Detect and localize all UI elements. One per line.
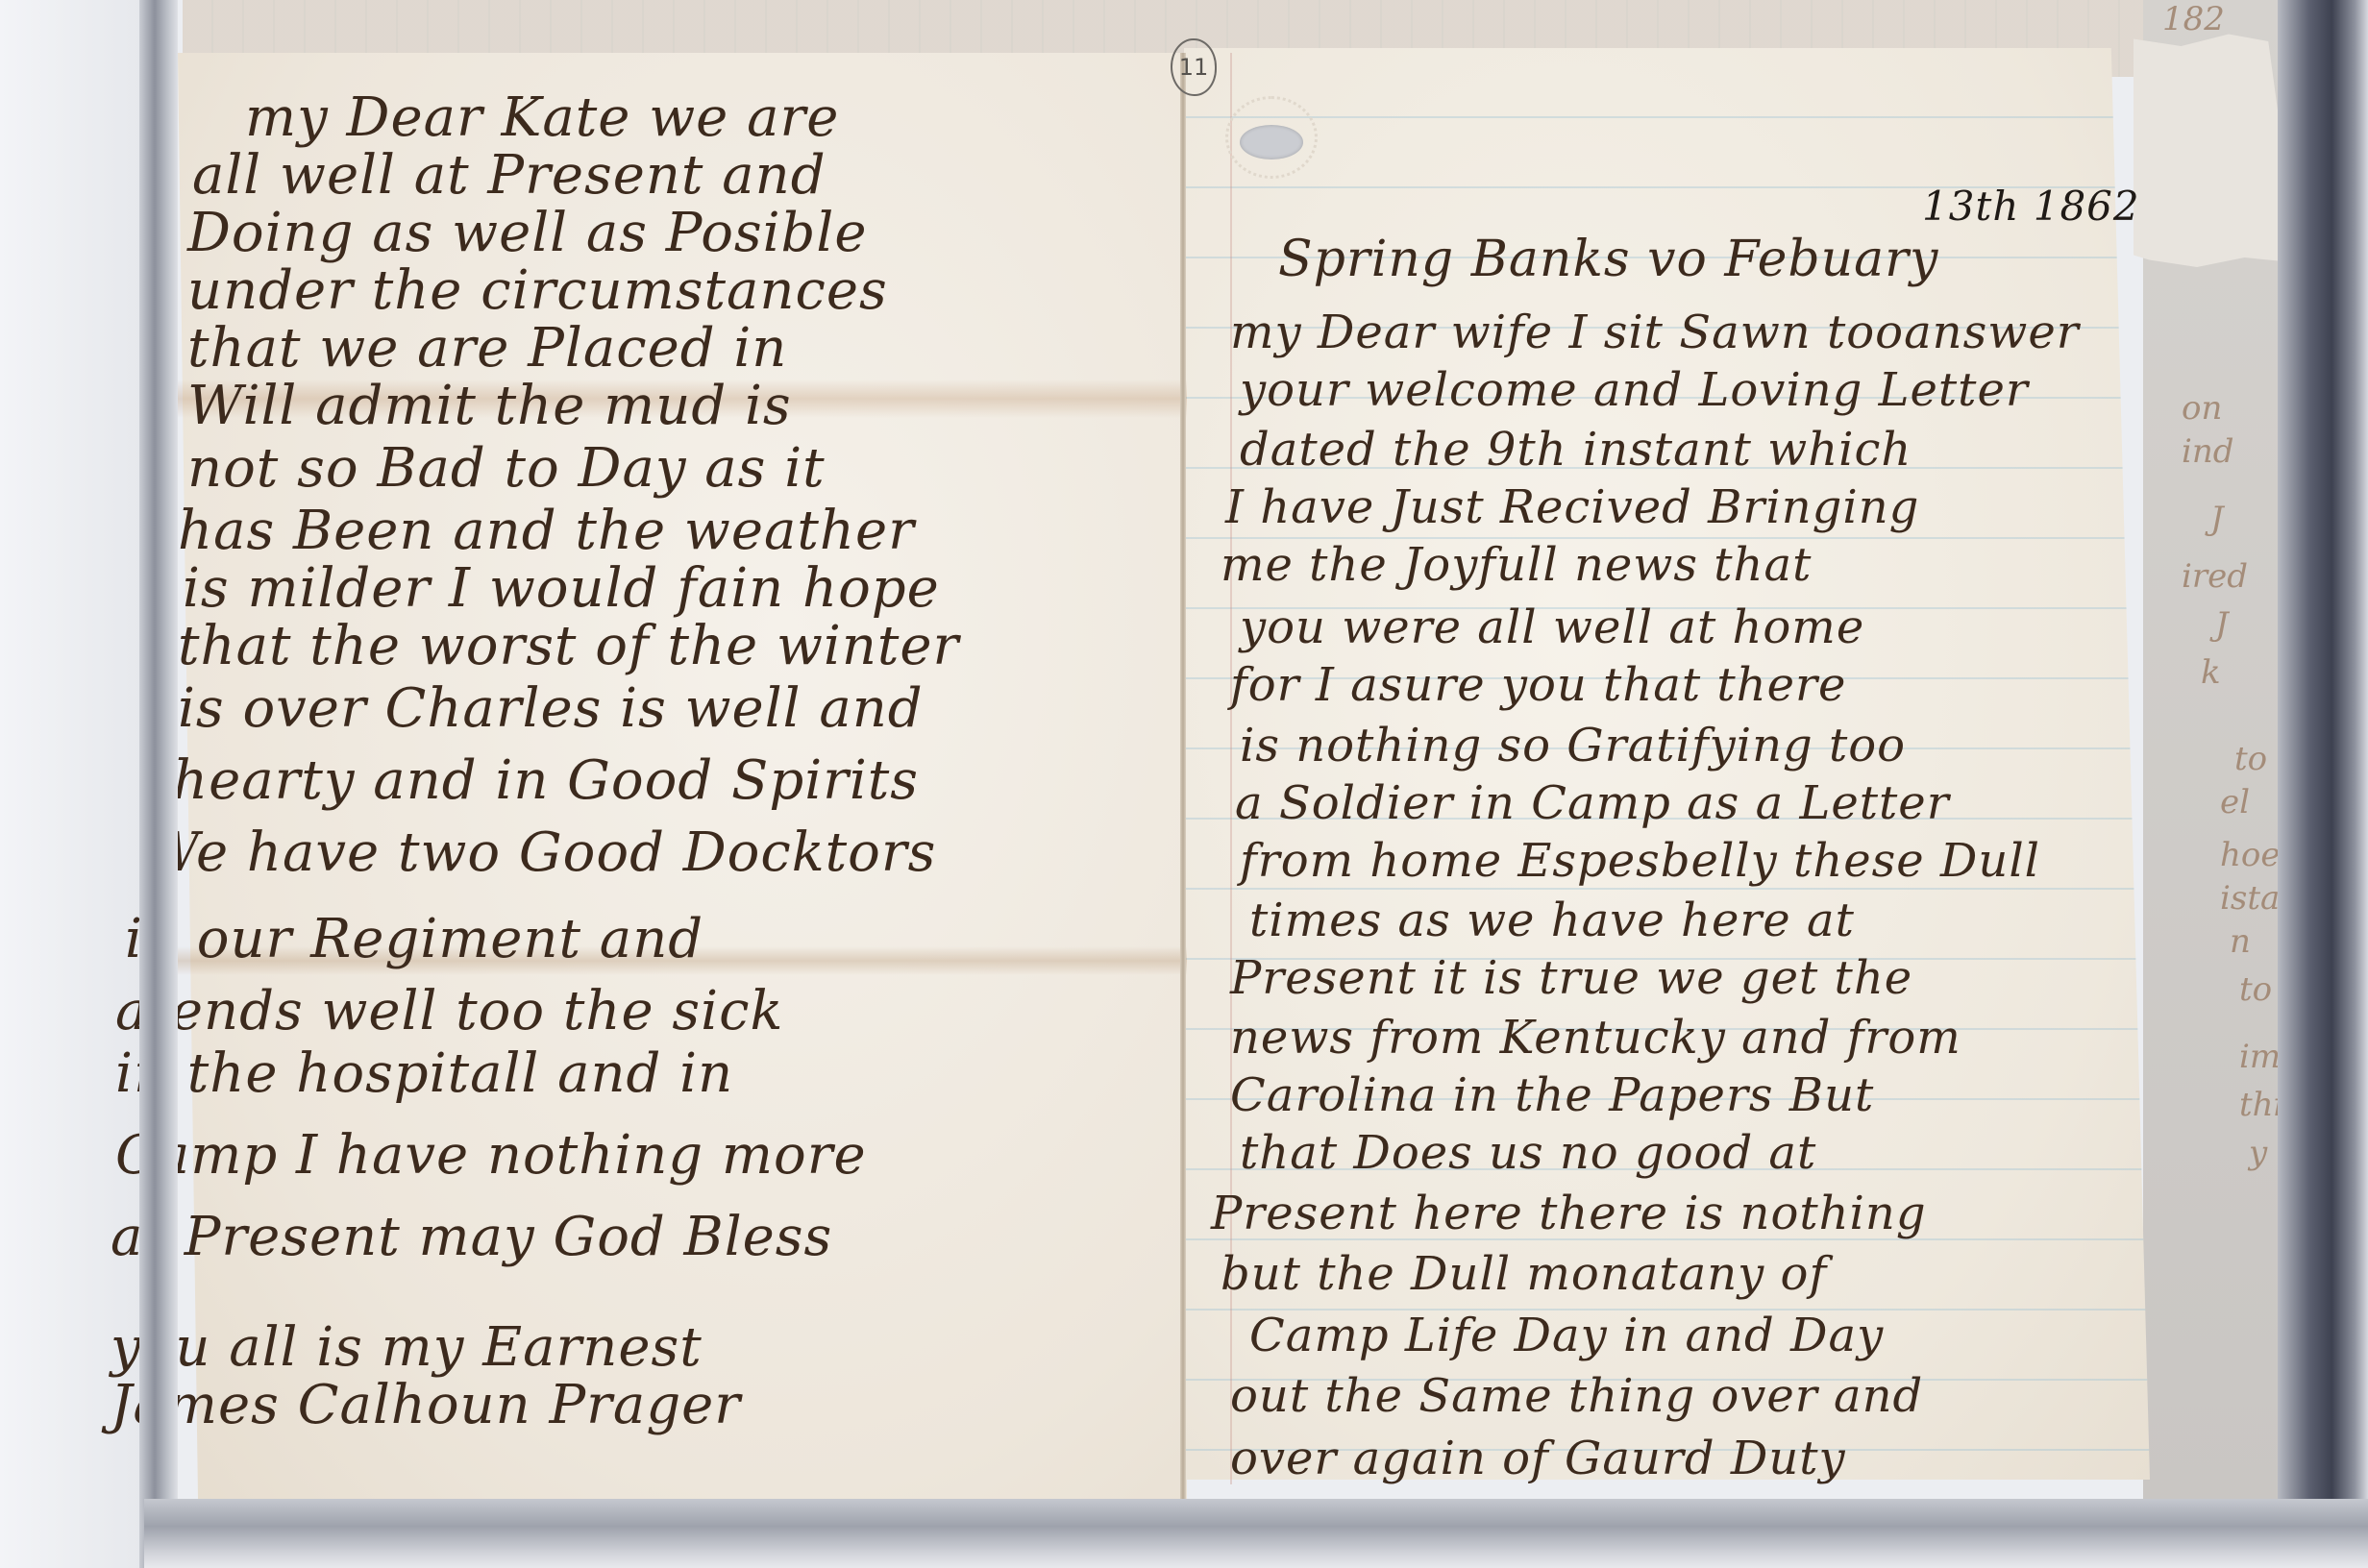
right-line: my Dear wife I sit Sawn tooanswer bbox=[1230, 306, 2080, 359]
back-fragment: to bbox=[2239, 970, 2272, 1009]
right-line: me the Joyfull news that bbox=[1221, 538, 1812, 592]
left-line: at Present may God Bless bbox=[111, 1206, 832, 1268]
right-line: a Soldier in Camp as a Letter bbox=[1235, 776, 1950, 830]
back-fragment: y bbox=[2249, 1134, 2267, 1172]
right-line: Present here there is nothing bbox=[1211, 1187, 1927, 1240]
sleeve-edge-bottom bbox=[144, 1499, 2368, 1568]
center-fold bbox=[1180, 53, 1186, 1499]
right-line: dated the 9th instant which bbox=[1240, 423, 1912, 477]
left-line: Doing as well as Posible bbox=[187, 202, 867, 264]
right-line: news from Kentucky and from bbox=[1230, 1011, 1961, 1065]
right-line: over again of Gaurd Duty bbox=[1230, 1432, 1846, 1485]
right-line: your welcome and Loving Letter bbox=[1240, 363, 2029, 417]
date-year-text: 1862 bbox=[2034, 183, 2140, 230]
left-line: We have two Good Docktors bbox=[144, 821, 936, 884]
back-fragment: to bbox=[2234, 740, 2267, 778]
left-line: all well at Present and bbox=[192, 144, 826, 207]
left-line: in the hospitall and in bbox=[115, 1042, 733, 1105]
back-fragment: on bbox=[2182, 389, 2222, 428]
sleeve-edge-right bbox=[2278, 0, 2368, 1568]
right-line: for I asure you that there bbox=[1230, 658, 1846, 712]
right-line: times as we have here at bbox=[1249, 894, 1855, 947]
right-line: Camp Life Day in and Day bbox=[1249, 1309, 1884, 1362]
left-line: not so Bad to Day as it bbox=[187, 437, 826, 500]
left-line: under the circumstances bbox=[187, 259, 888, 322]
back-fragment: k bbox=[2201, 653, 2221, 692]
page-number-badge: 11 bbox=[1171, 38, 1217, 96]
back-fragment: J bbox=[2210, 500, 2224, 538]
right-line: out the Same thing over and bbox=[1230, 1369, 1923, 1423]
date-day: 13th 1862 bbox=[1922, 183, 2140, 230]
signature: James Calhoun Prager bbox=[111, 1374, 741, 1436]
left-line: Will admit the mud is bbox=[187, 375, 792, 437]
punch-hole bbox=[1240, 125, 1303, 159]
left-line: my Dear Kate we are bbox=[245, 86, 839, 149]
left-line: has Been and the weather bbox=[178, 500, 915, 562]
right-line: from home Espesbelly these Dull bbox=[1240, 834, 2040, 888]
right-line: you were all well at home bbox=[1240, 600, 1864, 654]
left-line: Camp I have nothing more bbox=[115, 1124, 867, 1187]
left-line: in our Regiment and bbox=[125, 908, 703, 970]
left-line: that we are Placed in bbox=[187, 317, 787, 380]
right-line: Present it is true we get the bbox=[1230, 951, 1912, 1005]
left-line: hearty and in Good Spirits bbox=[173, 749, 919, 812]
left-line: you all is my Earnest bbox=[111, 1316, 703, 1379]
back-fragment: n bbox=[2230, 922, 2251, 961]
back-fragment-top: 182 bbox=[2162, 0, 2225, 38]
right-line: Carolina in the Papers But bbox=[1230, 1068, 1874, 1122]
left-line: atends well too the sick bbox=[115, 980, 783, 1042]
back-fragment: ind bbox=[2182, 432, 2234, 471]
right-line: but the Dull monatany of bbox=[1221, 1247, 1827, 1301]
place-date-line: Spring Banks vo Febuary bbox=[1278, 231, 1938, 288]
left-line: is over Charles is well and bbox=[178, 677, 924, 740]
left-line: is milder I would fain hope bbox=[183, 557, 940, 620]
torn-paper-strip bbox=[2134, 27, 2292, 267]
right-line: that Does us no good at bbox=[1240, 1126, 1816, 1180]
back-fragment: el bbox=[2220, 783, 2250, 821]
date-day-text: 13th bbox=[1922, 183, 2019, 230]
back-fragment: J bbox=[2215, 605, 2229, 644]
right-line: I have Just Recived Bringing bbox=[1225, 480, 1919, 534]
left-line: that the worst of the winter bbox=[178, 615, 959, 677]
sleeve-edge-left bbox=[139, 0, 178, 1568]
back-fragment: ired bbox=[2182, 557, 2248, 596]
right-line: is nothing so Gratifying too bbox=[1240, 719, 1906, 772]
